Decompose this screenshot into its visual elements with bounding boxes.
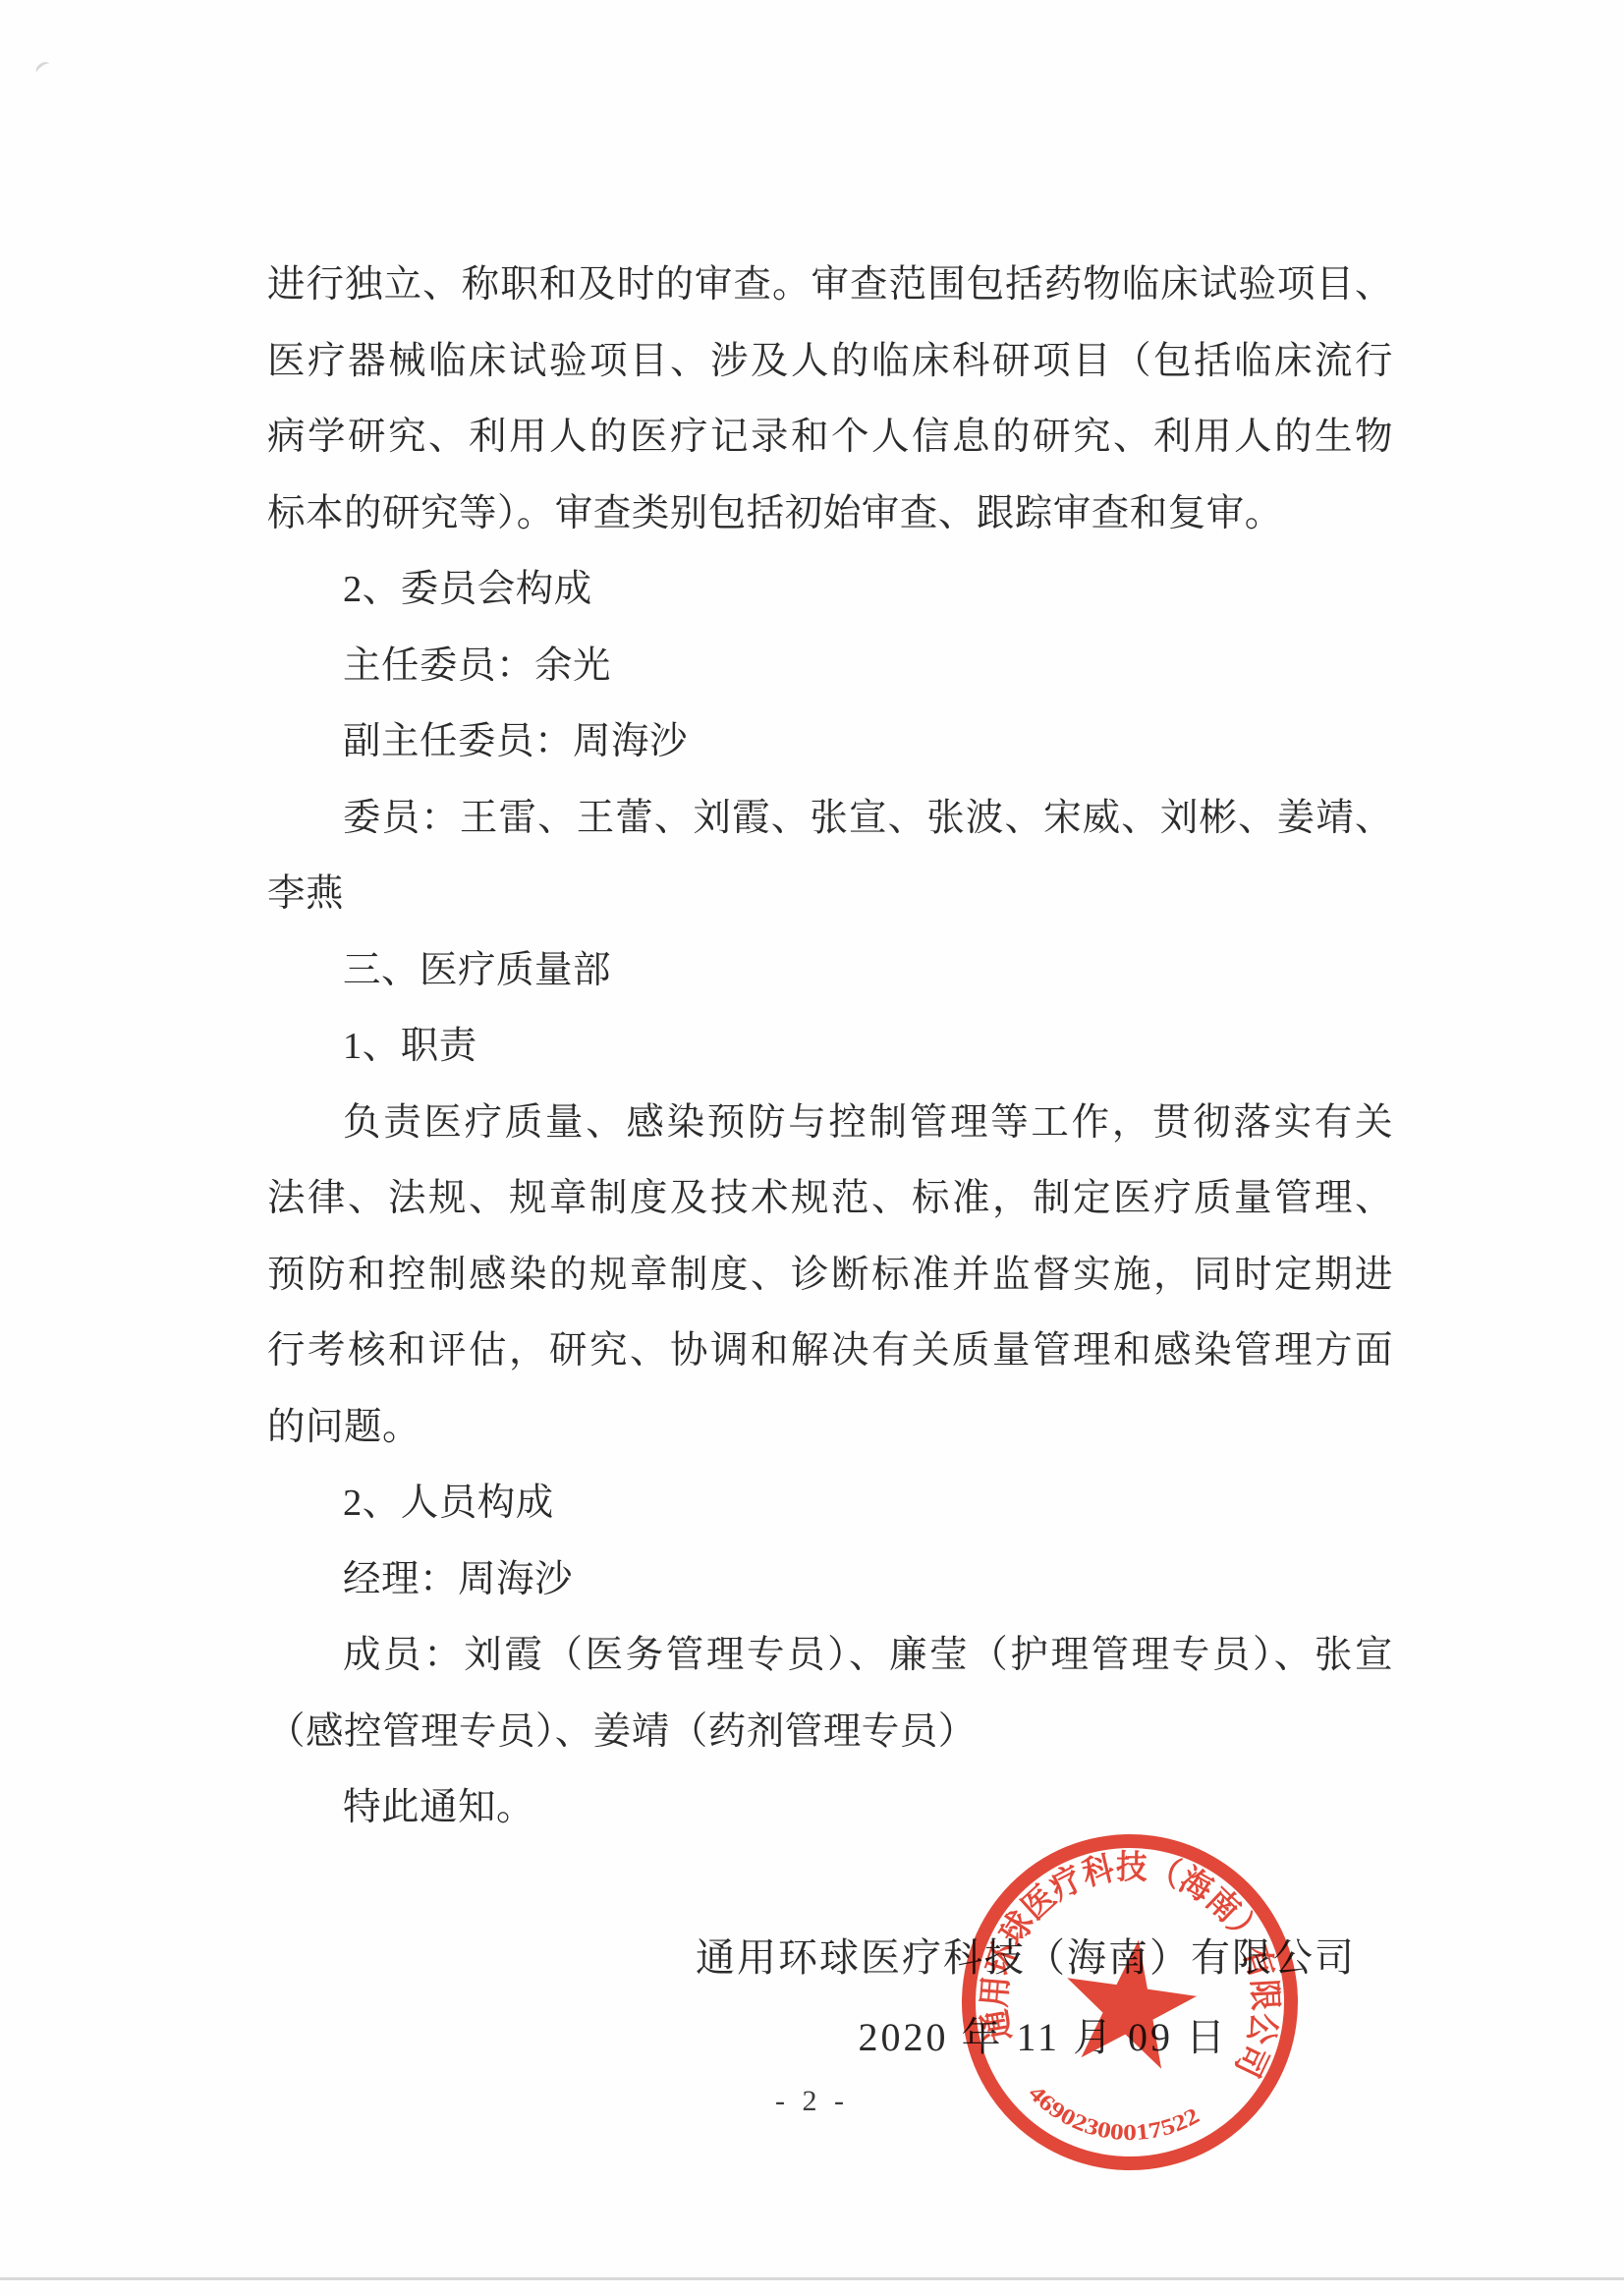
body-line: （感控管理专员）、姜靖（药剂管理专员） (267, 1695, 1393, 1771)
body-line: 李燕 (267, 857, 1393, 933)
body-line: 的问题。 (267, 1390, 1393, 1467)
body-line: 2、人员构成 (267, 1466, 1393, 1542)
seal-star-icon (1056, 1931, 1204, 2072)
scan-artifact (33, 59, 52, 77)
body-line: 三、医疗质量部 (267, 933, 1393, 1010)
body-line: 负责医疗质量、感染预防与控制管理等工作，贯彻落实有关 (267, 1086, 1393, 1162)
body-line: 行考核和评估，研究、协调和解决有关质量管理和感染管理方面 (267, 1314, 1393, 1390)
body-line: 标本的研究等）。审查类别包括初始审查、跟踪审查和复审。 (267, 476, 1393, 553)
scan-edge-line (0, 2277, 1624, 2280)
body-line: 副主任委员：周海沙 (267, 704, 1393, 781)
page-number: - 2 - (0, 2085, 1624, 2118)
body-line: 进行独立、称职和及时的审查。审查范围包括药物临床试验项目、 (267, 248, 1393, 324)
document-page: 进行独立、称职和及时的审查。审查范围包括药物临床试验项目、医疗器械临床试验项目、… (0, 0, 1624, 2296)
body-line: 委员：王雷、王蕾、刘霞、张宣、张波、宋威、刘彬、姜靖、 (267, 781, 1393, 858)
body-line: 病学研究、利用人的医疗记录和个人信息的研究、利用人的生物 (267, 400, 1393, 476)
body-line: 主任委员：余光 (267, 629, 1393, 705)
body-line: 成员：刘霞（医务管理专员）、廉莹（护理管理专员）、张宣 (267, 1618, 1393, 1695)
company-seal-icon: 通用环球医疗科技（海南）有限公司 46902300017522 (930, 1803, 1330, 2203)
body-line: 经理：周海沙 (267, 1542, 1393, 1619)
document-body: 进行独立、称职和及时的审查。审查范围包括药物临床试验项目、医疗器械临床试验项目、… (267, 248, 1393, 1847)
body-line: 2、委员会构成 (267, 552, 1393, 629)
body-line: 法律、法规、规章制度及技术规范、标准，制定医疗质量管理、 (267, 1161, 1393, 1238)
body-line: 预防和控制感染的规章制度、诊断标准并监督实施，同时定期进 (267, 1238, 1393, 1315)
body-line: 医疗器械临床试验项目、涉及人的临床科研项目（包括临床流行 (267, 324, 1393, 401)
body-line: 特此通知。 (267, 1770, 1393, 1847)
body-line: 1、职责 (267, 1009, 1393, 1086)
